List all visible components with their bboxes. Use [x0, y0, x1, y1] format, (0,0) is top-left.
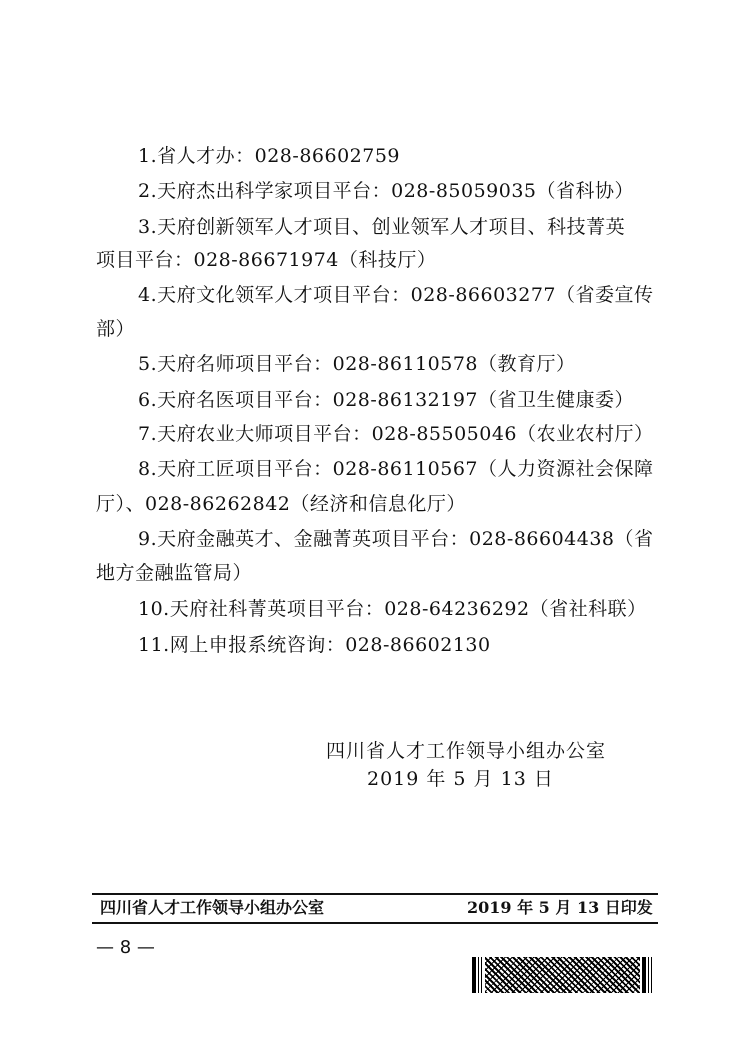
contact-item-11: 11.网上申报系统咨询：028-86602130 — [138, 634, 491, 656]
footer-org: 四川省人才工作领导小组办公室 — [100, 898, 324, 918]
barcode-icon — [472, 957, 652, 993]
contact-item-9-cont: 地方金融监管局） — [96, 562, 252, 584]
page-number: — 8 — — [96, 937, 155, 958]
contact-item-8: 8.天府工匠项目平台：028-86110567（人力资源社会保障 — [138, 458, 654, 480]
contact-item-5: 5.天府名师项目平台：028-86110578（教育厅） — [138, 353, 576, 375]
contact-item-10: 10.天府社科菁英项目平台：028-64236292（省社科联） — [138, 598, 647, 620]
signature-org: 四川省人才工作领导小组办公室 — [326, 740, 606, 762]
footer-issued-date: 2019 年 5 月 13 日印发 — [467, 898, 653, 918]
footer-bottom-rule — [92, 922, 658, 924]
signature-date: 2019 年 5 月 13 日 — [367, 768, 554, 790]
contact-item-7: 7.天府农业大师项目平台：028-85505046（农业农村厅） — [138, 423, 654, 445]
contact-item-3-cont: 项目平台：028-86671974（科技厅） — [96, 249, 436, 271]
contact-item-4: 4.天府文化领军人才项目平台：028-86603277（省委宣传 — [138, 284, 654, 306]
footer-top-rule — [92, 893, 658, 895]
contact-item-2: 2.天府杰出科学家项目平台：028-85059035（省科协） — [138, 180, 634, 202]
contact-item-6: 6.天府名医项目平台：028-86132197（省卫生健康委） — [138, 389, 634, 411]
contact-item-1: 1.省人才办：028-86602759 — [138, 145, 400, 167]
contact-item-3: 3.天府创新领军人才项目、创业领军人才项目、科技菁英 — [138, 216, 625, 238]
contact-item-9: 9.天府金融英才、金融菁英项目平台：028-86604438（省 — [138, 528, 654, 550]
contact-item-8-cont: 厅）、028-86262842（经济和信息化厅） — [96, 493, 466, 515]
contact-item-4-cont: 部） — [96, 318, 135, 340]
